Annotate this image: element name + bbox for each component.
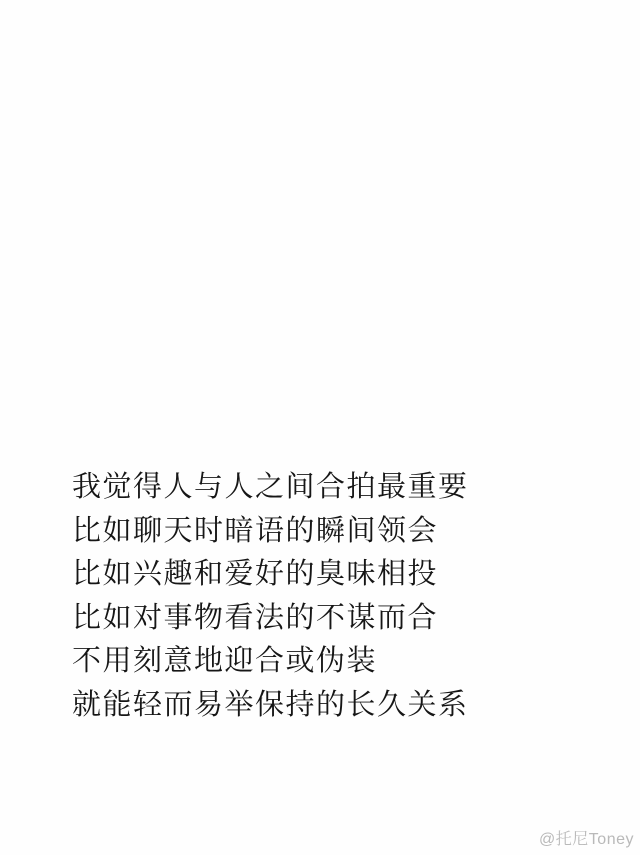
quote-line-5: 不用刻意地迎合或伪装 <box>72 640 572 684</box>
author-watermark: @托尼Toney <box>539 826 634 849</box>
quote-text-block: 我觉得人与人之间合拍最重要 比如聊天时暗语的瞬间领会 比如兴趣和爱好的臭味相投 … <box>72 466 572 727</box>
quote-line-6: 就能轻而易举保持的长久关系 <box>72 684 572 728</box>
quote-line-4: 比如对事物看法的不谋而合 <box>72 597 572 641</box>
quote-line-1: 我觉得人与人之间合拍最重要 <box>72 466 572 510</box>
quote-line-2: 比如聊天时暗语的瞬间领会 <box>72 510 572 554</box>
quote-line-3: 比如兴趣和爱好的臭味相投 <box>72 553 572 597</box>
